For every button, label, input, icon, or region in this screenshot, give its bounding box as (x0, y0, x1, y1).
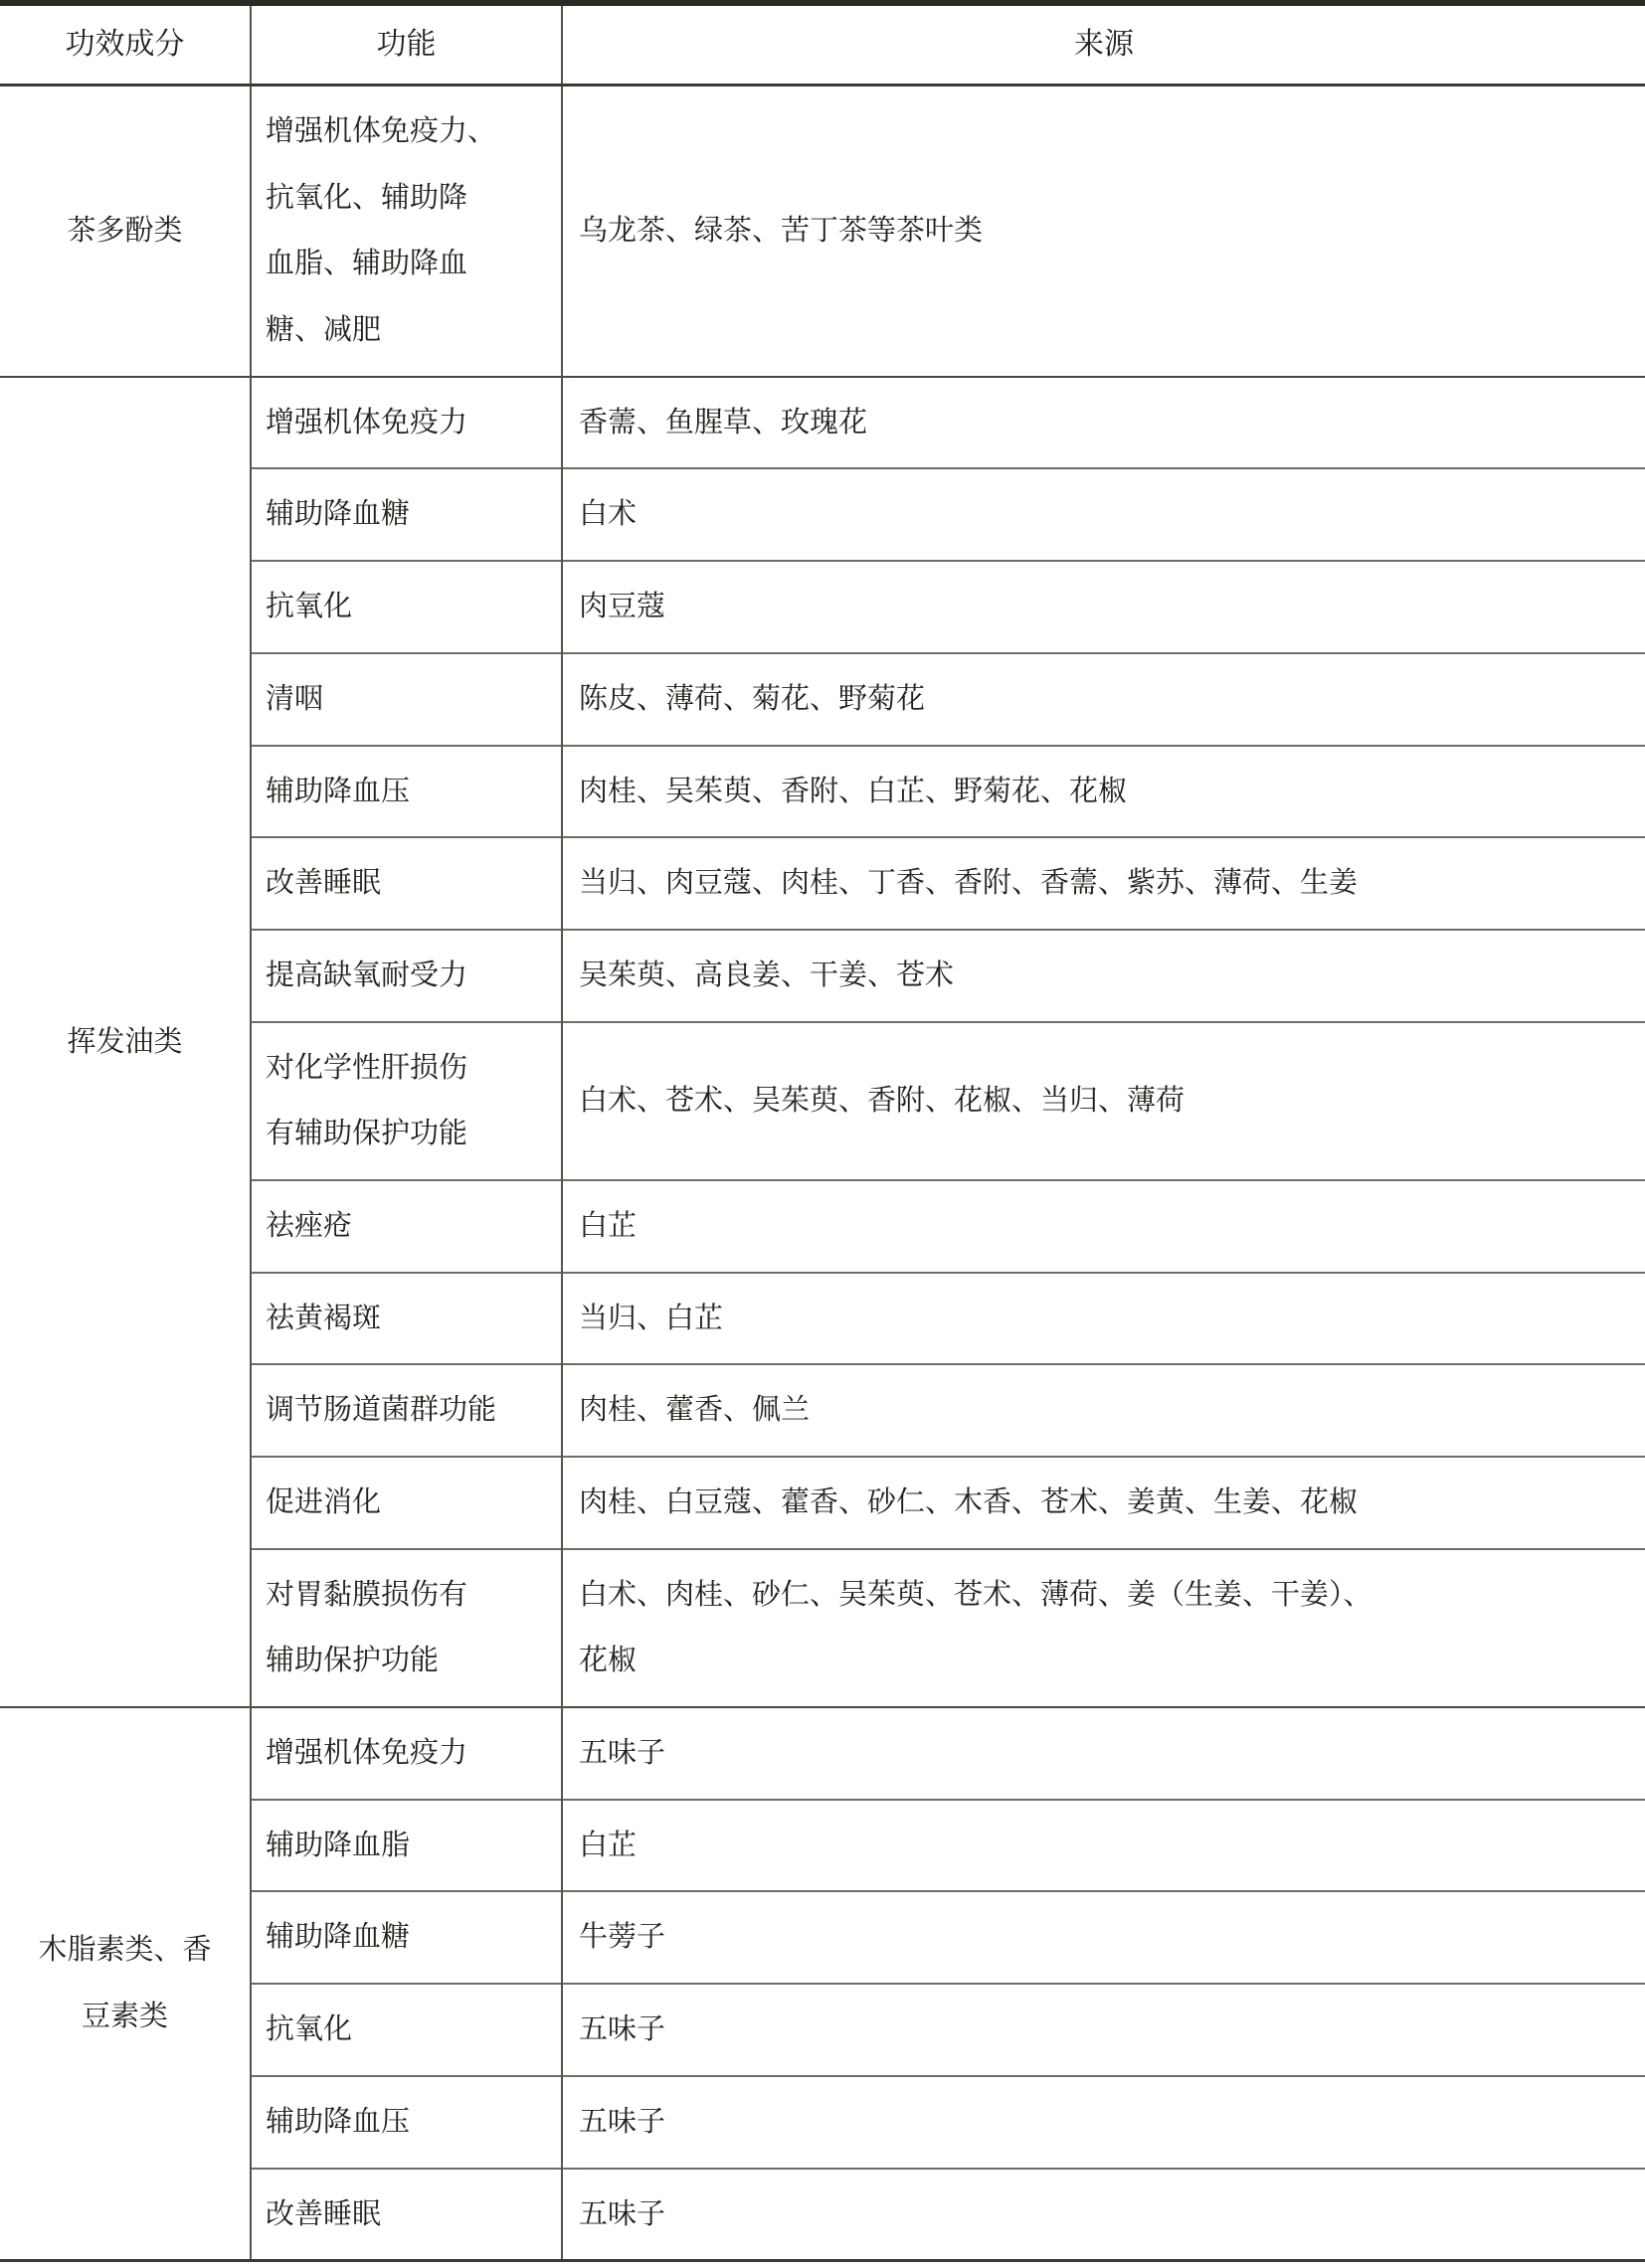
column-header-function: 功能 (251, 3, 562, 86)
function-cell: 改善睡眠 (251, 837, 562, 930)
component-cell: 茶多酚类 (0, 86, 251, 377)
function-cell: 祛痤疮 (251, 1180, 562, 1273)
function-cell: 对胃黏膜损伤有 辅助保护功能 (251, 1549, 562, 1707)
source-cell: 肉豆蔻 (562, 561, 1645, 653)
function-cell: 增强机体免疫力、 抗氧化、辅助降 血脂、辅助降血 糖、减肥 (251, 86, 562, 377)
table-section: 木脂素类、香 豆素类增强机体免疫力五味子辅助降血脂白芷辅助降血糖牛蒡子抗氧化五味… (0, 1707, 1645, 2261)
source-cell: 乌龙茶、绿茶、苦丁茶等茶叶类 (562, 86, 1645, 377)
component-cell: 木脂素类、香 豆素类 (0, 1707, 251, 2261)
source-cell: 吴茱萸、高良姜、干姜、苍术 (562, 930, 1645, 1022)
function-cell: 增强机体免疫力 (251, 1707, 562, 1800)
function-cell: 提高缺氧耐受力 (251, 930, 562, 1022)
function-cell: 改善睡眠 (251, 2169, 562, 2261)
table-header: 功效成分 功能 来源 (0, 3, 1645, 86)
source-cell: 五味子 (562, 1984, 1645, 2076)
source-cell: 肉桂、白豆蔻、藿香、砂仁、木香、苍术、姜黄、生姜、花椒 (562, 1457, 1645, 1549)
source-cell: 五味子 (562, 2169, 1645, 2261)
source-cell: 五味子 (562, 2076, 1645, 2169)
source-cell: 白术、苍术、吴茱萸、香附、花椒、当归、薄荷 (562, 1022, 1645, 1180)
source-cell: 白芷 (562, 1800, 1645, 1892)
source-cell: 白术、肉桂、砂仁、吴茱萸、苍术、薄荷、姜（生姜、干姜）、 花椒 (562, 1549, 1645, 1707)
source-cell: 白芷 (562, 1180, 1645, 1273)
function-cell: 辅助降血压 (251, 2076, 562, 2169)
function-cell: 辅助降血脂 (251, 1800, 562, 1892)
component-cell: 挥发油类 (0, 377, 251, 1707)
function-cell: 祛黄褐斑 (251, 1273, 562, 1365)
column-header-component: 功效成分 (0, 3, 251, 86)
column-header-source: 来源 (562, 3, 1645, 86)
function-cell: 调节肠道菌群功能 (251, 1364, 562, 1457)
table-section: 茶多酚类增强机体免疫力、 抗氧化、辅助降 血脂、辅助降血 糖、减肥乌龙茶、绿茶、… (0, 86, 1645, 377)
function-cell: 清咽 (251, 653, 562, 746)
function-cell: 促进消化 (251, 1457, 562, 1549)
source-cell: 肉桂、藿香、佩兰 (562, 1364, 1645, 1457)
table-row: 茶多酚类增强机体免疫力、 抗氧化、辅助降 血脂、辅助降血 糖、减肥乌龙茶、绿茶、… (0, 86, 1645, 377)
table-header-row: 功效成分 功能 来源 (0, 3, 1645, 86)
source-cell: 肉桂、吴茱萸、香附、白芷、野菊花、花椒 (562, 746, 1645, 838)
source-cell: 当归、肉豆蔻、肉桂、丁香、香附、香薷、紫苏、薄荷、生姜 (562, 837, 1645, 930)
table-section: 挥发油类增强机体免疫力香薷、鱼腥草、玫瑰花辅助降血糖白术抗氧化肉豆蔻清咽陈皮、薄… (0, 377, 1645, 1707)
efficacy-components-table: 功效成分 功能 来源 茶多酚类增强机体免疫力、 抗氧化、辅助降 血脂、辅助降血 … (0, 0, 1645, 2262)
table-row: 木脂素类、香 豆素类增强机体免疫力五味子 (0, 1707, 1645, 1800)
source-cell: 白术 (562, 468, 1645, 561)
source-cell: 陈皮、薄荷、菊花、野菊花 (562, 653, 1645, 746)
source-cell: 五味子 (562, 1707, 1645, 1800)
function-cell: 抗氧化 (251, 1984, 562, 2076)
source-cell: 当归、白芷 (562, 1273, 1645, 1365)
function-cell: 辅助降血糖 (251, 1891, 562, 1984)
function-cell: 对化学性肝损伤 有辅助保护功能 (251, 1022, 562, 1180)
table-row: 挥发油类增强机体免疫力香薷、鱼腥草、玫瑰花 (0, 377, 1645, 469)
function-cell: 辅助降血压 (251, 746, 562, 838)
source-cell: 香薷、鱼腥草、玫瑰花 (562, 377, 1645, 469)
function-cell: 抗氧化 (251, 561, 562, 653)
function-cell: 辅助降血糖 (251, 468, 562, 561)
function-cell: 增强机体免疫力 (251, 377, 562, 469)
source-cell: 牛蒡子 (562, 1891, 1645, 1984)
